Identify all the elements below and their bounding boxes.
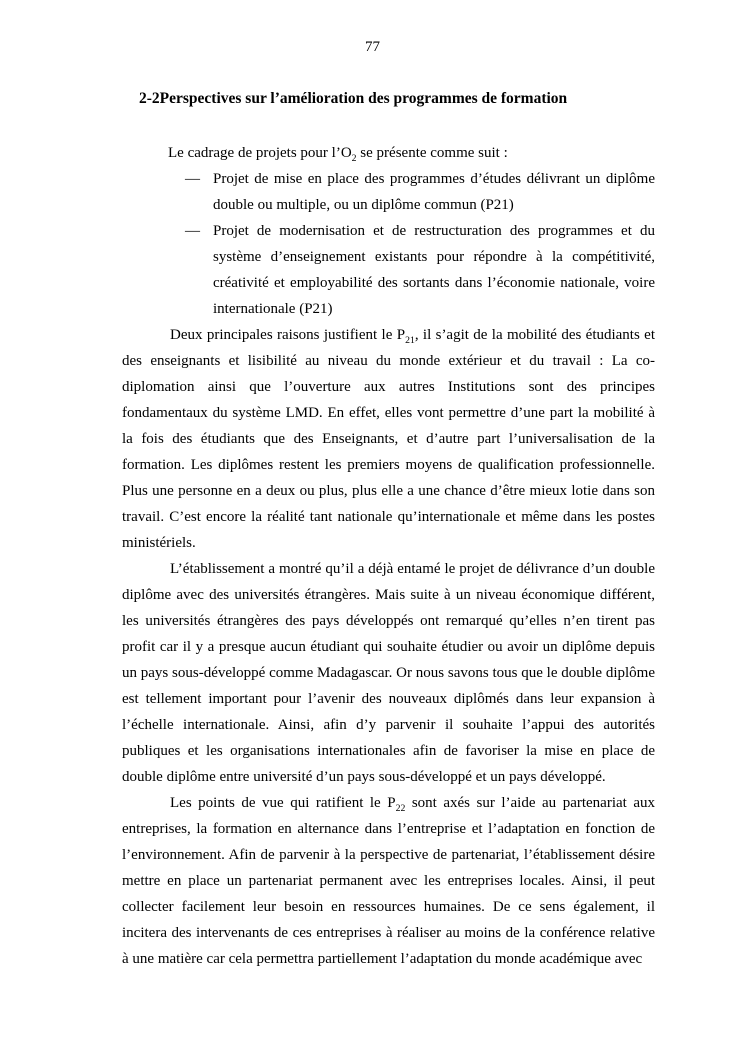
dash-marker: —	[185, 218, 200, 244]
intro-text-post: se présente comme suit :	[357, 145, 508, 161]
intro-text-pre: Le cadrage de projets pour l’O	[168, 145, 352, 161]
section-heading: 2-2Perspectives sur l’amélioration des p…	[139, 88, 655, 110]
page-content: 2-2Perspectives sur l’amélioration des p…	[122, 88, 655, 972]
paragraph-text-post: , il s’agit de la mobilité des étudiants…	[122, 327, 655, 551]
page-number: 77	[0, 38, 745, 56]
body-paragraph: L’établissement a montré qu’il a déjà en…	[122, 556, 655, 790]
list-item-text: Projet de mise en place des programmes d…	[213, 171, 655, 213]
dash-marker: —	[185, 166, 200, 192]
body-paragraph: Deux principales raisons justifient le P…	[122, 322, 655, 556]
list-item: — Projet de modernisation et de restruct…	[122, 218, 655, 322]
paragraph-text-post: sont axés sur l’aide au partenariat aux …	[122, 795, 655, 967]
paragraph-subscript: 22	[396, 803, 406, 814]
paragraph-subscript: 21	[405, 335, 415, 346]
list-item-text: Projet de modernisation et de restructur…	[213, 223, 655, 317]
document-page: 77 2-2Perspectives sur l’amélioration de…	[0, 0, 745, 1053]
body-paragraph: Les points de vue qui ratifient le P22 s…	[122, 790, 655, 972]
intro-line: Le cadrage de projets pour l’O2 se prése…	[122, 140, 655, 166]
paragraph-text-pre: Les points de vue qui ratifient le P	[170, 795, 396, 811]
paragraph-text-pre: Deux principales raisons justifient le P	[170, 327, 405, 343]
list-item: — Projet de mise en place des programmes…	[122, 166, 655, 218]
dash-list: — Projet de mise en place des programmes…	[122, 166, 655, 322]
